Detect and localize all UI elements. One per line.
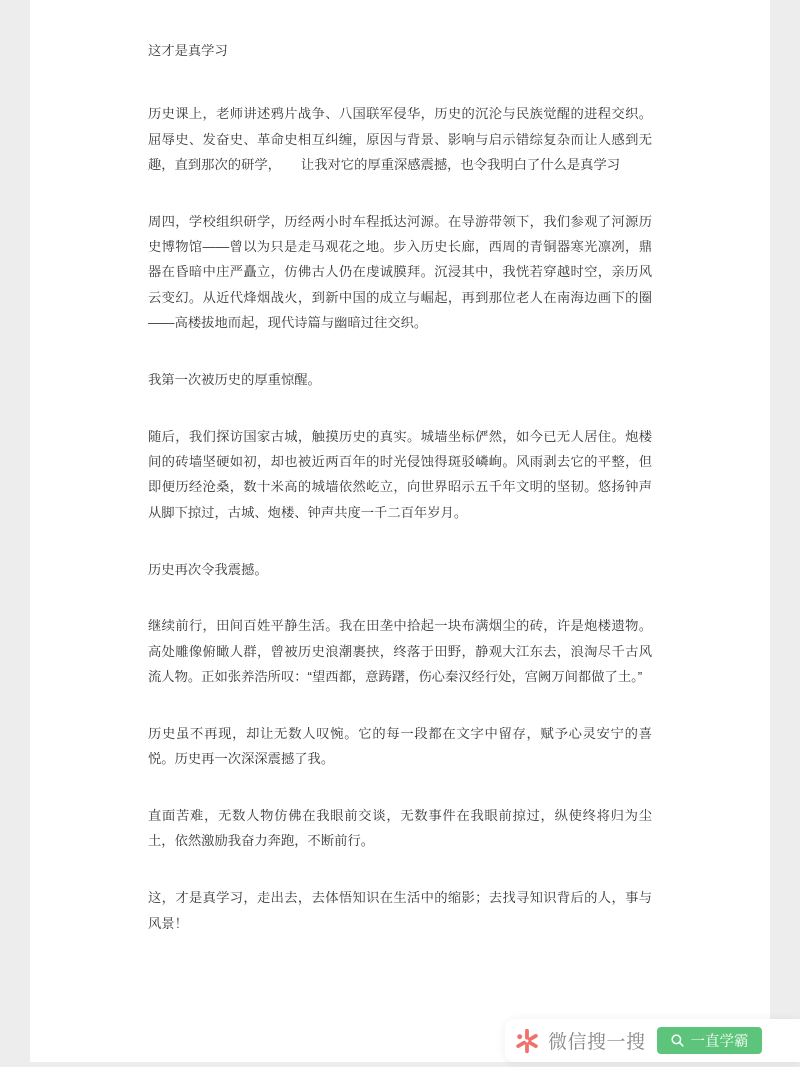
essay-paragraph-3: 我第一次被历史的厚重惊醒。 (148, 367, 652, 392)
document-page: 这才是真学习 历史课上，老师讲述鸦片战争、八国联军侵华，历史的沉沦与民族觉醒的进… (30, 0, 770, 1062)
screen: 这才是真学习 历史课上，老师讲述鸦片战争、八国联军侵华，历史的沉沦与民族觉醒的进… (0, 0, 800, 1067)
search-account-button[interactable]: 一直学霸 (657, 1027, 762, 1054)
wechat-search-spark-icon (514, 1028, 540, 1054)
essay-paragraph-8: 直面苦难，无数人物仿佛在我眼前交谈，无数事件在我眼前掠过，纵使终将归为尘土，依然… (148, 803, 652, 854)
wechat-search-watermark: 微信搜一搜 一直学霸 (505, 1019, 800, 1062)
essay-paragraph-9: 这，才是真学习，走出去，去体悟知识在生活中的缩影；去找寻知识背后的人，事与风景！ (148, 885, 652, 936)
magnifier-icon (670, 1033, 685, 1048)
essay-title: 这才是真学习 (148, 38, 652, 63)
essay-paragraph-2: 周四，学校组织研学，历经两小时车程抵达河源。在导游带领下，我们参观了河源历史博物… (148, 209, 652, 335)
wechat-search-label: 微信搜一搜 (548, 1027, 646, 1054)
essay-paragraph-5: 历史再次令我震撼。 (148, 557, 652, 582)
essay-paragraph-7: 历史虽不再现，却让无数人叹惋。它的每一段都在文字中留存，赋予心灵安宁的喜悦。历史… (148, 721, 652, 772)
essay-paragraph-4: 随后，我们探访国家古城，触摸历史的真实。城墙坐标俨然，如今已无人居住。炮楼间的砖… (148, 424, 652, 525)
essay-paragraph-6: 继续前行，田间百姓平静生活。我在田垄中拾起一块布满烟尘的砖，许是炮楼遗物。高处雕… (148, 613, 652, 689)
search-account-label: 一直学霸 (691, 1030, 749, 1051)
essay-content: 这才是真学习 历史课上，老师讲述鸦片战争、八国联军侵华，历史的沉沦与民族觉醒的进… (30, 0, 770, 936)
essay-paragraph-1: 历史课上，老师讲述鸦片战争、八国联军侵华，历史的沉沦与民族觉醒的进程交织。屈辱史… (148, 101, 652, 177)
